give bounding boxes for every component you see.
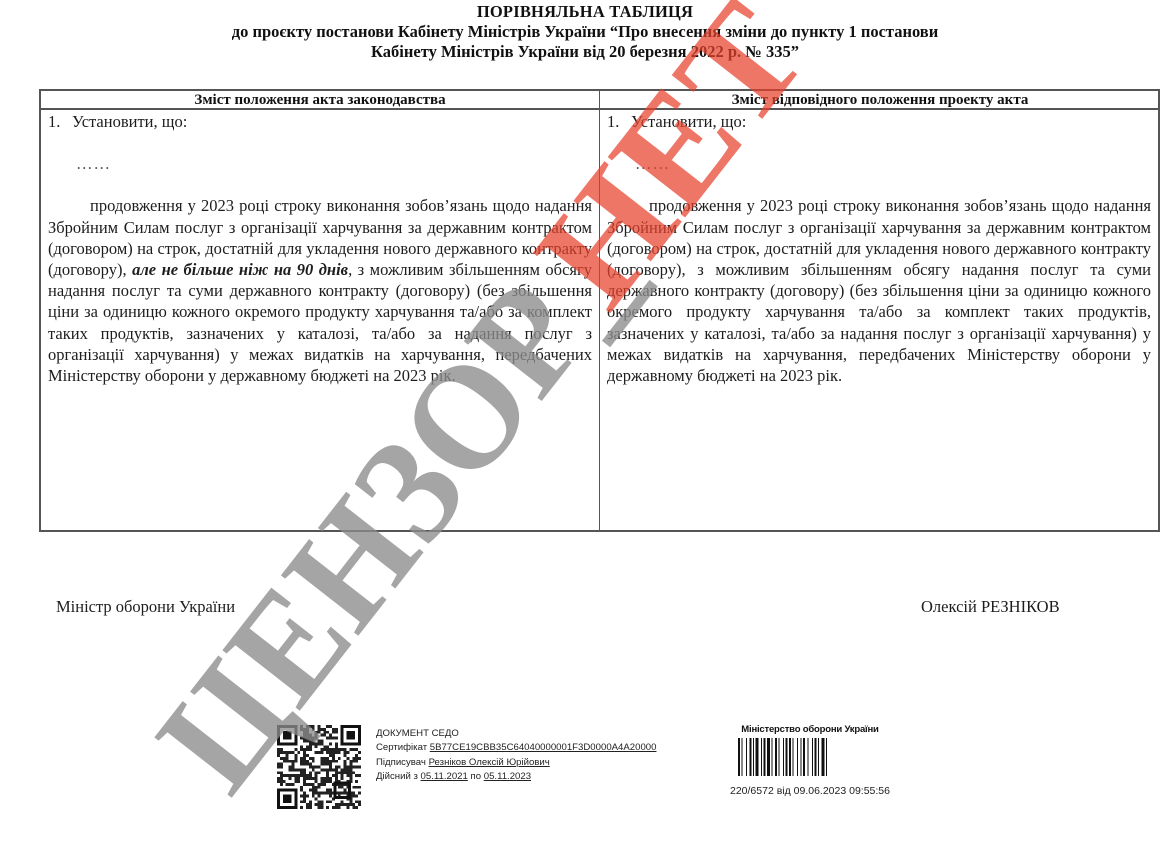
document-subtitle-line2: Кабінету Міністрів України від 20 березн… bbox=[0, 42, 1170, 62]
ellipsis: …… bbox=[635, 153, 1151, 174]
cell-current-provision: 1.Установити, що: …… продовження у 2023 … bbox=[48, 111, 592, 386]
qr-code-icon bbox=[277, 725, 361, 809]
document-title: ПОРІВНЯЛЬНА ТАБЛИЦЯ bbox=[0, 2, 1170, 22]
item-number: 1. bbox=[48, 111, 72, 132]
provision-paragraph: продовження у 2023 році строку виконання… bbox=[607, 195, 1151, 386]
list-item: 1.Установити, що: bbox=[48, 111, 592, 132]
ellipsis: …… bbox=[76, 153, 592, 174]
column-divider bbox=[599, 91, 600, 530]
registration-number: 220/6572 від 09.06.2023 09:55:56 bbox=[715, 785, 905, 797]
certificate-label: Сертифікат bbox=[376, 742, 427, 753]
valid-from-label: Дійсний з bbox=[376, 771, 418, 782]
electronic-signature-stamp: ДОКУМЕНТ СЕДО Сертифікат 5B77CE19CBB35C6… bbox=[376, 727, 656, 784]
signer-row: Підписувач Резніков Олексій Юрійович bbox=[376, 756, 656, 770]
list-item: 1.Установити, що: bbox=[607, 111, 1151, 132]
cell-proposed-provision: 1.Установити, що: …… продовження у 2023 … bbox=[607, 111, 1151, 386]
registration-stamp: Міністерство оборони України 220/6572 ві… bbox=[715, 724, 905, 797]
sedo-heading: ДОКУМЕНТ СЕДО bbox=[376, 727, 656, 741]
emphasized-text: але не більше ніж на 90 днів bbox=[132, 260, 348, 279]
valid-to-label: по bbox=[471, 771, 482, 782]
registration-organization: Міністерство оборони України bbox=[715, 724, 905, 735]
provision-paragraph: продовження у 2023 році строку виконання… bbox=[48, 195, 592, 386]
certificate-row: Сертифікат 5B77CE19CBB35C64040000001F3D0… bbox=[376, 741, 656, 755]
validity-row: Дійсний з 05.11.2021 по 05.11.2023 bbox=[376, 770, 656, 784]
item-number: 1. bbox=[607, 111, 631, 132]
certificate-value: 5B77CE19CBB35C64040000001F3D0000A4A20000 bbox=[430, 742, 657, 753]
signer-label: Підписувач bbox=[376, 757, 426, 768]
signatory-name: Олексій РЕЗНІКОВ bbox=[921, 597, 1060, 617]
valid-from-value: 05.11.2021 bbox=[421, 771, 468, 782]
column-header-current: Зміст положення акта законодавства bbox=[41, 91, 599, 108]
column-header-proposed: Зміст відповідного положення проекту акт… bbox=[600, 91, 1160, 108]
comparison-table: Зміст положення акта законодавства Зміст… bbox=[39, 89, 1160, 532]
document-title-block: ПОРІВНЯЛЬНА ТАБЛИЦЯ до проєкту постанови… bbox=[0, 2, 1170, 62]
item-text: Установити, що: bbox=[631, 112, 746, 131]
document-subtitle-line1: до проєкту постанови Кабінету Міністрів … bbox=[0, 22, 1170, 42]
barcode-icon bbox=[738, 738, 883, 776]
signer-value: Резніков Олексій Юрійович bbox=[429, 757, 550, 768]
signatory-position: Міністр оборони України bbox=[56, 597, 235, 617]
valid-to-value: 05.11.2023 bbox=[484, 771, 531, 782]
header-divider bbox=[41, 108, 1158, 110]
item-text: Установити, що: bbox=[72, 112, 187, 131]
